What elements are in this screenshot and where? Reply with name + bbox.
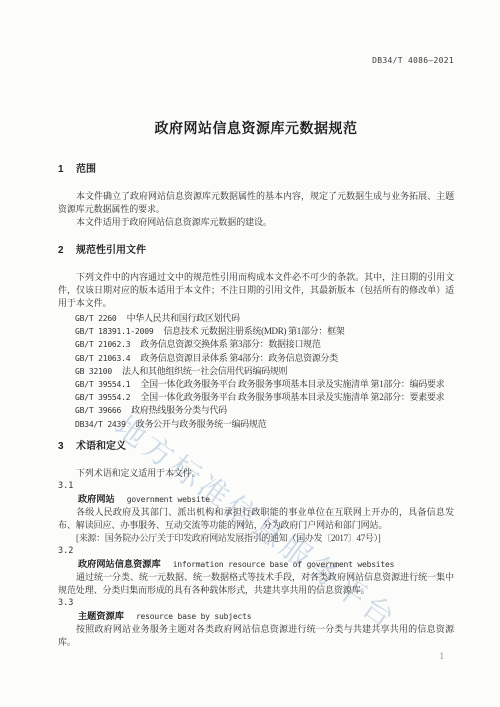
term-chinese: 政府网站 — [78, 494, 115, 504]
section-normative-references: 2规范性引用文件 下列文件中的内容通过文中的规范性引用而构成本文件必不可少的条款… — [58, 245, 454, 431]
reference-item: DB34/T 2439政务公开与政务服务统一编码规范 — [75, 418, 454, 431]
reference-code: GB/T 18391.1-2009 — [75, 327, 153, 336]
page-number: 1 — [440, 650, 445, 663]
reference-item: GB/T 39666政府热线服务分类与代码 — [75, 404, 454, 417]
term-definition: 通过统一分类、统一元数据、统一数据格式等技术手段，对各类政府网站信息资源进行统一… — [58, 571, 454, 597]
reference-item: GB/T 2260中华人民共和国行政区划代码 — [75, 312, 454, 325]
reference-code: GB/T 39666 — [75, 406, 121, 415]
term-heading: 政府网站信息资源库information resource base of go… — [58, 558, 454, 571]
reference-list: GB/T 2260中华人民共和国行政区划代码 GB/T 18391.1-2009… — [58, 312, 454, 431]
reference-item: GB/T 21063.4政务信息资源目录体系 第4部分：政务信息资源分类 — [75, 352, 454, 365]
section-heading: 2规范性引用文件 — [58, 245, 454, 257]
reference-code: GB/T 21063.4 — [75, 354, 130, 363]
paragraph: 下列术语和定义适用于本文件。 — [58, 467, 454, 480]
clause-number: 2 — [58, 245, 65, 257]
reference-item: GB/T 39554.1全国一体化政务服务平台 政务服务事项基本目录及实施清单 … — [75, 378, 454, 391]
reference-code: GB/T 21062.3 — [75, 340, 130, 349]
term-chinese: 政府网站信息资源库 — [78, 559, 161, 569]
term-definition: 各级人民政府及其部门、派出机构和承担行政职能的事业单位在互联网上开办的，具备信息… — [58, 506, 454, 532]
clause-number: 3 — [58, 441, 65, 453]
reference-title: 政务信息资源目录体系 第4部分：政务信息资源分类 — [140, 353, 338, 363]
term-english: resource base by subjects — [136, 612, 251, 621]
reference-title: 中华人民共和国行政区划代码 — [127, 313, 240, 323]
paragraph: 本文件确立了政府网站信息资源库元数据属性的基本内容，规定了元数据生成与业务拓展、… — [58, 190, 454, 216]
reference-title: 全国一体化政务服务平台 政务服务事项基本目录及实施清单 第2部分：要素要求 — [140, 392, 444, 402]
reference-code: GB 32100 — [75, 367, 112, 376]
term-chinese: 主题资源库 — [78, 611, 124, 621]
reference-title: 政府热线服务分类与代码 — [131, 405, 227, 415]
reference-code: GB/T 39554.2 — [75, 393, 130, 402]
page-content: DB34/T 4086—2021 政府网站信息资源库元数据规范 1范围 本文件确… — [0, 0, 500, 649]
term-entry: 3.3 主题资源库resource base by subjects 按照政府网… — [58, 597, 454, 649]
reference-item: GB/T 39554.2全国一体化政务服务平台 政务服务事项基本目录及实施清单 … — [75, 391, 454, 404]
term-source: [来源：国务院办公厅关于印发政府网站发展指引的通知（国办发〔2017〕47号）] — [58, 532, 454, 545]
term-number: 3.1 — [58, 480, 454, 493]
paragraph: 下列文件中的内容通过文中的规范性引用而构成本文件必不可少的条款。其中，注日期的引… — [58, 271, 454, 310]
document-header: DB34/T 4086—2021 — [58, 56, 454, 66]
term-definition: 按照政府网站业务服务主题对各类政府网站信息资源进行统一分类与共建共享共用的信息资… — [58, 623, 454, 649]
clause-title: 范围 — [76, 164, 96, 175]
term-entry: 3.2 政府网站信息资源库information resource base o… — [58, 545, 454, 597]
reference-title: 信息技术 元数据注册系统(MDR) 第1部分：框架 — [163, 326, 344, 336]
reference-title: 政务公开与政务服务统一编码规范 — [136, 419, 267, 429]
reference-code: DB34/T 2439 — [75, 420, 126, 429]
section-heading: 1范围 — [58, 164, 454, 176]
section-heading: 3术语和定义 — [58, 441, 454, 453]
term-heading: 主题资源库resource base by subjects — [58, 610, 454, 623]
document-page: 地方标准信息服务平台 DB34/T 4086—2021 政府网站信息资源库元数据… — [0, 0, 500, 707]
term-number: 3.2 — [58, 545, 454, 558]
reference-title: 全国一体化政务服务平台 政务服务事项基本目录及实施清单 第1部分：编码要求 — [140, 379, 444, 389]
clause-title: 术语和定义 — [76, 441, 126, 452]
reference-code: GB/T 2260 — [75, 314, 117, 323]
term-number: 3.3 — [58, 597, 454, 610]
reference-item: GB/T 21062.3政务信息资源交换体系 第3部分：数据接口规范 — [75, 338, 454, 351]
clause-title: 规范性引用文件 — [76, 245, 146, 256]
term-heading: 政府网站government website — [58, 493, 454, 506]
reference-title: 政务信息资源交换体系 第3部分：数据接口规范 — [140, 339, 320, 349]
section-terms-definitions: 3术语和定义 下列术语和定义适用于本文件。 3.1 政府网站government… — [58, 441, 454, 649]
term-entry: 3.1 政府网站government website 各级人民政府及其部门、派出… — [58, 480, 454, 545]
paragraph: 本文件适用于政府网站信息资源库元数据的建设。 — [58, 216, 454, 229]
standard-code: DB34/T 4086—2021 — [372, 56, 454, 65]
clause-number: 1 — [58, 164, 65, 176]
reference-item: GB/T 18391.1-2009信息技术 元数据注册系统(MDR) 第1部分：… — [75, 325, 454, 338]
reference-code: GB/T 39554.1 — [75, 380, 130, 389]
document-title: 政府网站信息资源库元数据规范 — [58, 120, 454, 136]
term-english: information resource base of government … — [173, 560, 395, 569]
term-english: government website — [127, 495, 210, 504]
reference-item: GB 32100法人和其他组织统一社会信用代码编码规则 — [75, 365, 454, 378]
reference-title: 法人和其他组织统一社会信用代码编码规则 — [122, 366, 287, 376]
section-scope: 1范围 本文件确立了政府网站信息资源库元数据属性的基本内容，规定了元数据生成与业… — [58, 164, 454, 229]
